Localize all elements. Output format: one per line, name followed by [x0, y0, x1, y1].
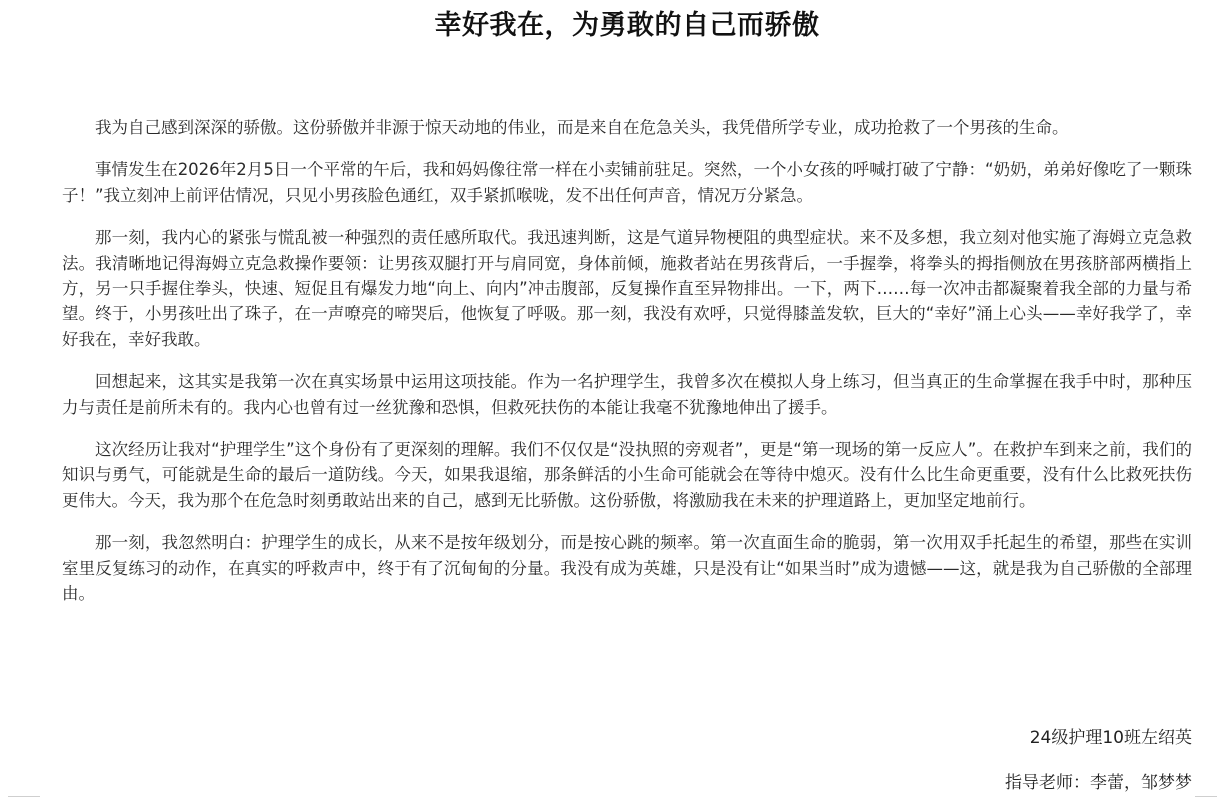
paragraph-6: 那一刻，我忽然明白：护理学生的成长，从来不是按年级划分，而是按心跳的频率。第一次… [62, 530, 1192, 606]
paragraph-1: 我为自己感到深深的骄傲。这份骄傲并非源于惊天动地的伟业，而是来自在危急关头，我凭… [62, 115, 1192, 140]
page-edge-divider-right [1195, 796, 1217, 797]
document-page: 幸好我在，为勇敢的自己而骄傲 [62, 0, 1192, 46]
paragraph-5: 这次经历让我对“护理学生”这个身份有了更深刻的理解。我们不仅仅是“没执照的旁观者… [62, 437, 1192, 513]
page-edge-divider-left [8, 796, 40, 797]
paragraph-4: 回想起来，这其实是我第一次在真实场景中运用这项技能。作为一名护理学生，我曾多次在… [62, 369, 1192, 420]
paragraph-3: 那一刻，我内心的紧张与慌乱被一种强烈的责任感所取代。我迅速判断，这是气道异物梗阻… [62, 225, 1192, 352]
advisor-signature: 指导老师：李蕾，邹梦梦 [1005, 771, 1192, 795]
document-title: 幸好我在，为勇敢的自己而骄傲 [62, 0, 1192, 46]
essay-body: 我为自己感到深深的骄傲。这份骄傲并非源于惊天动地的伟业，而是来自在危急关头，我凭… [62, 115, 1192, 624]
author-signature: 24级护理10班左绍英 [1030, 726, 1192, 750]
paragraph-2: 事情发生在2026年2月5日一个平常的午后，我和妈妈像往常一样在小卖铺前驻足。突… [62, 157, 1192, 208]
